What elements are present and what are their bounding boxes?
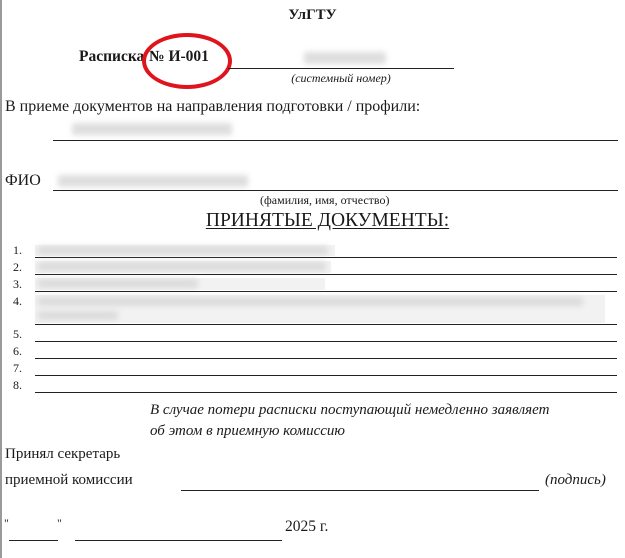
doc-4-redacted-line2 (38, 311, 118, 320)
fio-value-redacted (58, 175, 248, 187)
doc-number: 3. (13, 277, 22, 292)
system-number-redacted (304, 52, 386, 64)
fio-line (53, 190, 618, 191)
doc-line-6 (35, 358, 617, 359)
directions-line (53, 140, 618, 141)
date-month-line (75, 540, 282, 541)
doc-number: 7. (13, 361, 22, 376)
loss-notice-line1: В случае потери расписки поступающий нем… (150, 402, 549, 419)
organization-title: УлГТУ (0, 7, 625, 24)
doc-number: 5. (13, 327, 22, 342)
doc-line-8 (35, 392, 617, 393)
system-number-hint: (системный номер) (230, 71, 452, 86)
secretary-label-line2: приемной комиссии (5, 472, 133, 489)
doc-number: 8. (13, 378, 22, 393)
doc-line-3 (35, 291, 617, 292)
doc-number: 1. (13, 243, 22, 258)
doc-number: 6. (13, 344, 22, 359)
page-left-border (0, 0, 2, 558)
system-number-line (228, 68, 454, 69)
directions-value-redacted (72, 123, 232, 135)
doc-line-7 (35, 375, 617, 376)
doc-number: 2. (13, 260, 22, 275)
doc-line-2 (35, 274, 617, 275)
doc-line-5 (35, 341, 617, 342)
loss-notice-line2: об этом в приемную комиссию (150, 423, 345, 440)
date-close-quote: " (57, 516, 62, 531)
secretary-label-line1: Принял секретарь (5, 446, 120, 463)
date-open-quote: " (4, 516, 9, 531)
accepted-documents-heading: ПРИНЯТЫЕ ДОКУМЕНТЫ: (0, 210, 625, 232)
doc-3-redacted (38, 279, 198, 288)
signature-line (181, 490, 539, 491)
fio-hint: (фамилия, имя, отчество) (260, 193, 389, 208)
doc-2-redacted (38, 262, 326, 271)
doc-line-1 (35, 257, 617, 258)
date-year: 2025 г. (285, 518, 328, 536)
directions-label: В приеме документов на направления подго… (5, 98, 420, 116)
receipt-label: Расписка (79, 48, 144, 66)
doc-4-redacted-line1 (38, 297, 583, 306)
doc-line-4 (35, 324, 617, 325)
doc-number: 4. (13, 294, 22, 309)
date-day-line (9, 540, 58, 541)
receipt-number-highlight-circle (142, 33, 232, 89)
doc-1-redacted (38, 246, 328, 255)
fio-label: ФИО (5, 172, 41, 190)
signature-hint: (подпись) (545, 472, 606, 489)
